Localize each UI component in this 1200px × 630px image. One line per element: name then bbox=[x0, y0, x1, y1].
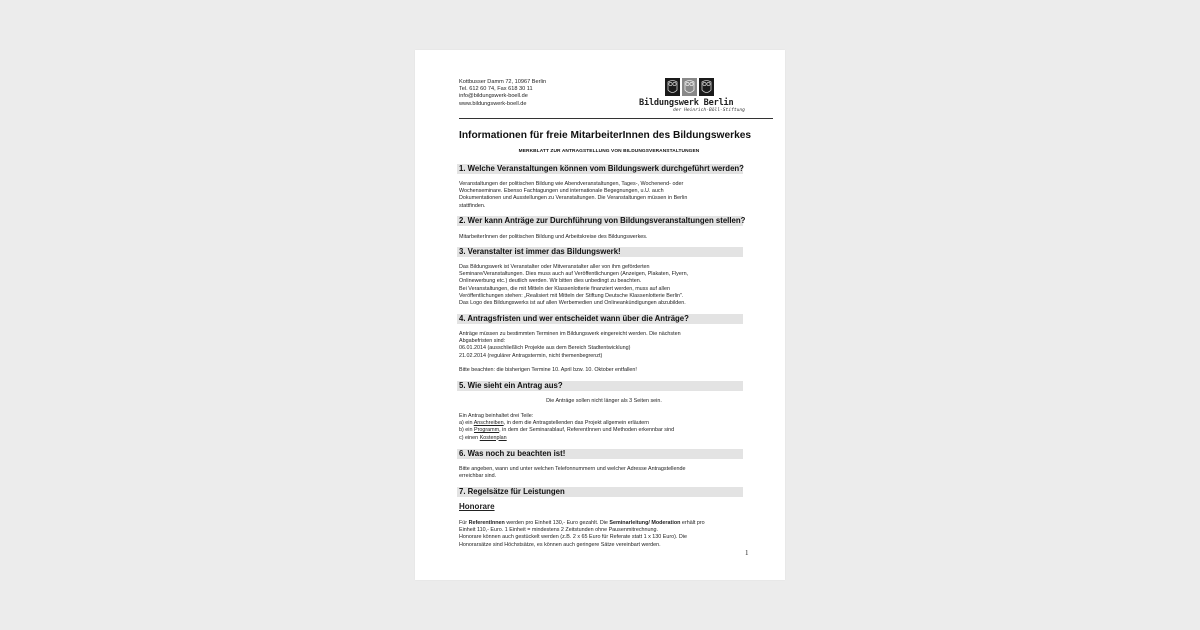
text-line: Abgabefristen sind: bbox=[459, 338, 749, 345]
deadline-2: 21.02.2014 (regulärer Antragstermin, nic… bbox=[459, 353, 749, 360]
text-line: stattfinden. bbox=[459, 203, 749, 210]
text-line: Honorarsätze sind Höchstsätze, es können… bbox=[459, 542, 749, 549]
programm-link[interactable]: Programm bbox=[474, 427, 499, 433]
list-item: b) ein Programm, in dem der Seminarablau… bbox=[459, 427, 749, 434]
text-line: Dokumentationen und Ausstellungen zu Ver… bbox=[459, 195, 749, 202]
header-divider bbox=[459, 118, 773, 119]
anschreiben-link[interactable]: Anschreiben bbox=[474, 420, 504, 426]
section-body-1: Veranstaltungen der politischen Bildung … bbox=[459, 181, 749, 210]
text-line: Das Logo des Bildungswerks ist auf allen… bbox=[459, 300, 749, 307]
owl-icon bbox=[682, 78, 697, 96]
section-body-4: Anträge müssen zu bestimmten Terminen im… bbox=[459, 331, 749, 374]
text-line: Honorare können auch gestückelt werden (… bbox=[459, 534, 749, 541]
website-line: www.bildungswerk-boell.de bbox=[459, 101, 546, 108]
page-limit-note: Die Anträge sollen nicht länger als 3 Se… bbox=[459, 398, 749, 405]
section-heading-4: 4. Antragsfristen und wer entscheidet wa… bbox=[457, 314, 743, 324]
text-line: MitarbeiterInnen der politischen Bildung… bbox=[459, 234, 749, 241]
text-line: Seminare/Veranstaltungen. Dies muss auch… bbox=[459, 271, 749, 278]
text-line: Bitte angeben, wann und unter welchen Te… bbox=[459, 466, 749, 473]
deadline-1: 06.01.2014 (ausschließlich Projekte aus … bbox=[459, 345, 749, 352]
text-line: Anträge müssen zu bestimmten Terminen im… bbox=[459, 331, 749, 338]
honorare-subheading: Honorare bbox=[459, 502, 495, 511]
section-body-2: MitarbeiterInnen der politischen Bildung… bbox=[459, 234, 749, 241]
deadline-note: Bitte beachten: die bisherigen Termine 1… bbox=[459, 367, 749, 374]
logo-name: Bildungswerk Berlin bbox=[639, 98, 731, 108]
text-line: Wochenseminare. Ebenso Fachtagungen und … bbox=[459, 188, 749, 195]
list-item: a) ein Anschreiben, in dem die Antragste… bbox=[459, 420, 749, 427]
owl-icons bbox=[665, 78, 714, 96]
bildungswerk-logo: Bildungswerk Berlin der Heinrich-Böll-St… bbox=[639, 78, 731, 114]
section-body-7: Für ReferentInnen werden pro Einheit 130… bbox=[459, 520, 749, 549]
text-line: erreichbar sind. bbox=[459, 473, 749, 480]
section-body-5: Ein Antrag beinhaltet drei Teile: a) ein… bbox=[459, 413, 749, 442]
section-heading-3: 3. Veranstalter ist immer das Bildungswe… bbox=[457, 247, 743, 257]
letterhead-address: Kottbusser Damm 72, 10967 Berlin Tel. 61… bbox=[459, 79, 546, 108]
text-line: Das Bildungswerk ist Veranstalter oder M… bbox=[459, 264, 749, 271]
owl-icon bbox=[665, 78, 680, 96]
text-line: Veröffentlichungen stehen: „Realisiert m… bbox=[459, 293, 749, 300]
section-body-6: Bitte angeben, wann und unter welchen Te… bbox=[459, 466, 749, 480]
list-item: c) einen Kostenplan bbox=[459, 435, 749, 442]
document-page: Kottbusser Damm 72, 10967 Berlin Tel. 61… bbox=[415, 50, 785, 580]
text-line: Für ReferentInnen werden pro Einheit 130… bbox=[459, 520, 749, 527]
kostenplan-link[interactable]: Kostenplan bbox=[480, 435, 507, 441]
page-number: 1 bbox=[745, 549, 749, 557]
text-line: Onlinewerbung etc.) deutlich werden. Wir… bbox=[459, 278, 749, 285]
address-line: Kottbusser Damm 72, 10967 Berlin bbox=[459, 79, 546, 86]
section-heading-1: 1. Welche Veranstaltungen können vom Bil… bbox=[457, 164, 743, 174]
section-heading-6: 6. Was noch zu beachten ist! bbox=[457, 449, 743, 459]
section-heading-5: 5. Wie sieht ein Antrag aus? bbox=[457, 381, 743, 391]
section-heading-2: 2. Wer kann Anträge zur Durchführung von… bbox=[457, 216, 743, 226]
email-line: info@bildungswerk-boell.de bbox=[459, 93, 546, 100]
text-line: Ein Antrag beinhaltet drei Teile: bbox=[459, 413, 749, 420]
phone-line: Tel. 612 60 74, Fax 618 30 11 bbox=[459, 86, 546, 93]
text-line: Einheit 110,- Euro. 1 Einheit = mindeste… bbox=[459, 527, 749, 534]
owl-icon bbox=[699, 78, 714, 96]
section-heading-7: 7. Regelsätze für Leistungen bbox=[457, 487, 743, 497]
text-line: Bei Veranstaltungen, die mit Mitteln der… bbox=[459, 286, 749, 293]
section-body-3: Das Bildungswerk ist Veranstalter oder M… bbox=[459, 264, 749, 307]
logo-subtitle: der Heinrich-Böll-Stiftung bbox=[673, 108, 745, 113]
document-title: Informationen für freie MitarbeiterInnen… bbox=[459, 130, 759, 141]
document-subtitle: MERKBLATT ZUR ANTRAGSTELLUNG VON BILDUNG… bbox=[459, 149, 759, 154]
text-line: Veranstaltungen der politischen Bildung … bbox=[459, 181, 749, 188]
